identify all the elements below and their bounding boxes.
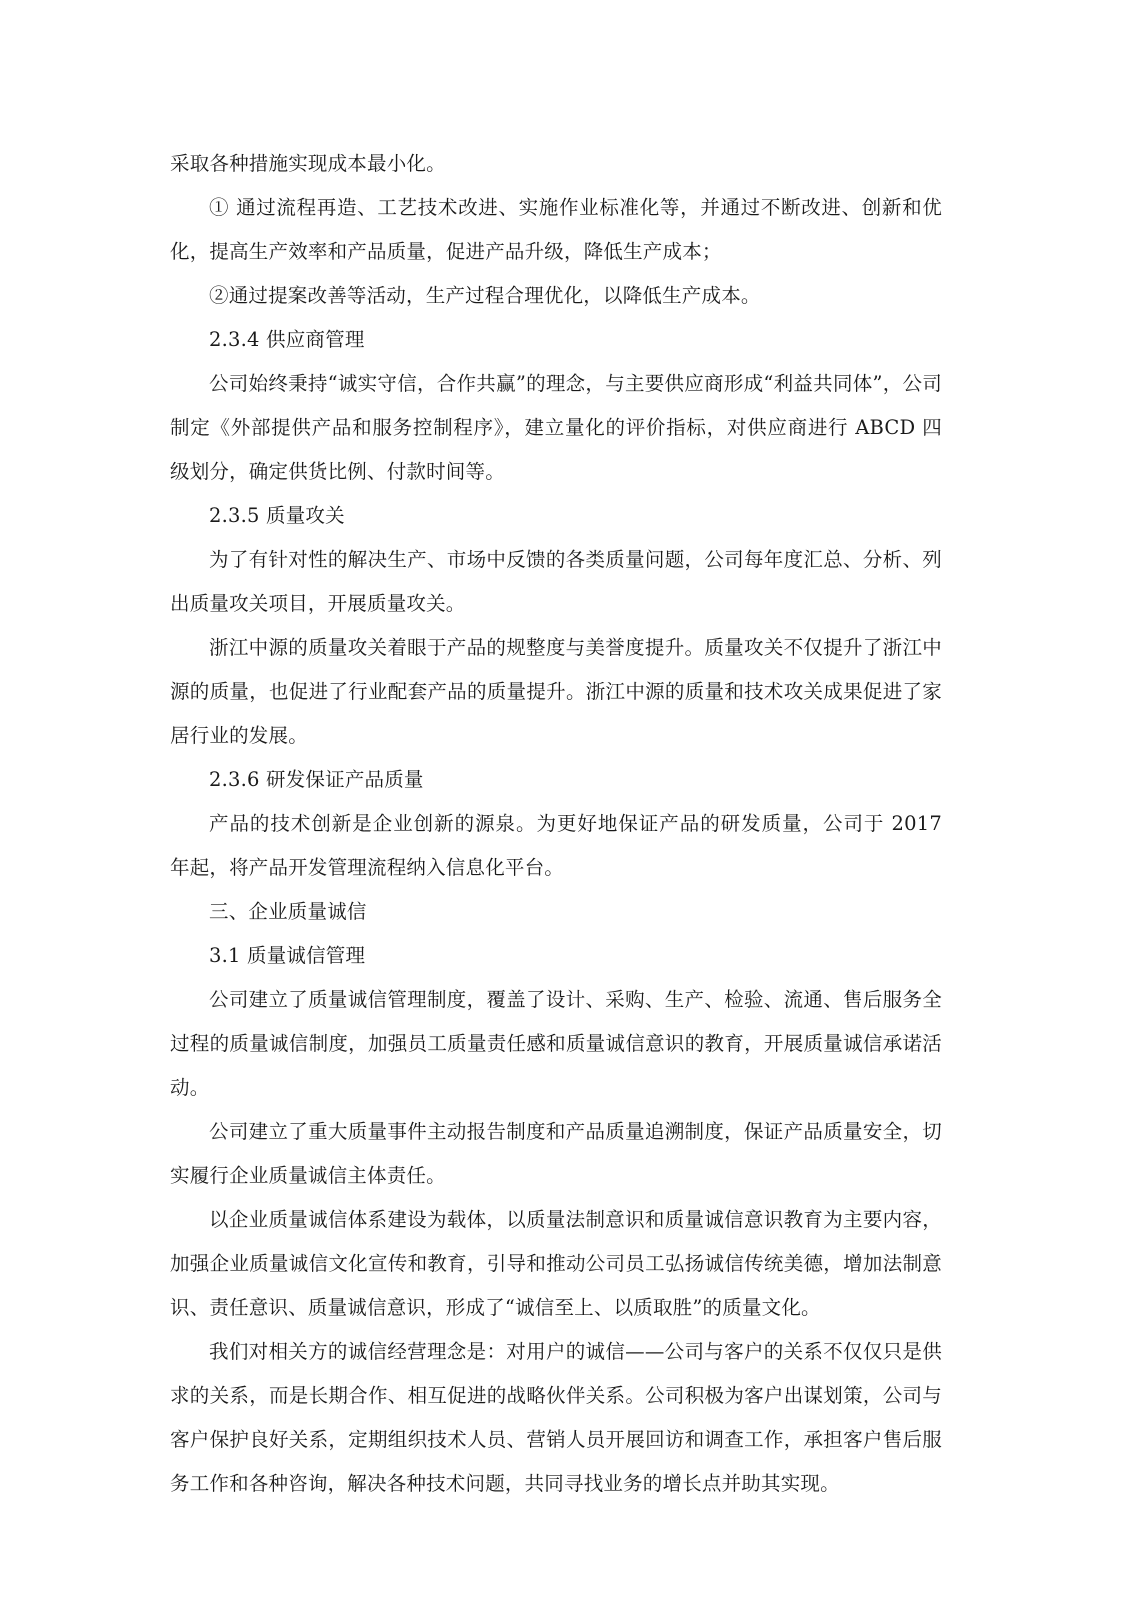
- paragraph-process-reengineering: ① 通过流程再造、工艺技术改进、实施作业标准化等，并通过不断改进、创新和优化，提…: [170, 186, 942, 274]
- document-page: 采取各种措施实现成本最小化。 ① 通过流程再造、工艺技术改进、实施作业标准化等，…: [0, 0, 1131, 1600]
- paragraph-rd-quality: 产品的技术创新是企业创新的源泉。为更好地保证产品的研发质量，公司于 2017 年…: [170, 802, 942, 890]
- section-heading-2-3-6: 2.3.6 研发保证产品质量: [170, 758, 942, 802]
- paragraph-integrity-culture: 以企业质量诚信体系建设为载体，以质量法制意识和质量诚信意识教育为主要内容，加强企…: [170, 1198, 942, 1330]
- paragraph-integrity-system: 公司建立了质量诚信管理制度，覆盖了设计、采购、生产、检验、流通、售后服务全过程的…: [170, 978, 942, 1110]
- paragraph-quality-problems: 为了有针对性的解决生产、市场中反馈的各类质量问题，公司每年度汇总、分析、列出质量…: [170, 538, 942, 626]
- paragraph-zhejiang-zhongyuan: 浙江中源的质量攻关着眼于产品的规整度与美誉度提升。质量攻关不仅提升了浙江中源的质…: [170, 626, 942, 758]
- paragraph-proposal-improvement: ②通过提案改善等活动，生产过程合理优化，以降低生产成本。: [170, 274, 942, 318]
- section-heading-3-1: 3.1 质量诚信管理: [170, 934, 942, 978]
- chapter-heading-3: 三、企业质量诚信: [170, 890, 942, 934]
- paragraph-customer-integrity: 我们对相关方的诚信经营理念是：对用户的诚信——公司与客户的关系不仅仅只是供求的关…: [170, 1330, 942, 1506]
- paragraph-cost-minimization: 采取各种措施实现成本最小化。: [170, 142, 942, 186]
- paragraph-supplier-management: 公司始终秉持“诚实守信，合作共赢”的理念，与主要供应商形成“利益共同体”，公司制…: [170, 362, 942, 494]
- section-heading-2-3-4: 2.3.4 供应商管理: [170, 318, 942, 362]
- document-body: 采取各种措施实现成本最小化。 ① 通过流程再造、工艺技术改进、实施作业标准化等，…: [170, 142, 942, 1506]
- section-heading-2-3-5: 2.3.5 质量攻关: [170, 494, 942, 538]
- paragraph-incident-reporting: 公司建立了重大质量事件主动报告制度和产品质量追溯制度，保证产品质量安全，切实履行…: [170, 1110, 942, 1198]
